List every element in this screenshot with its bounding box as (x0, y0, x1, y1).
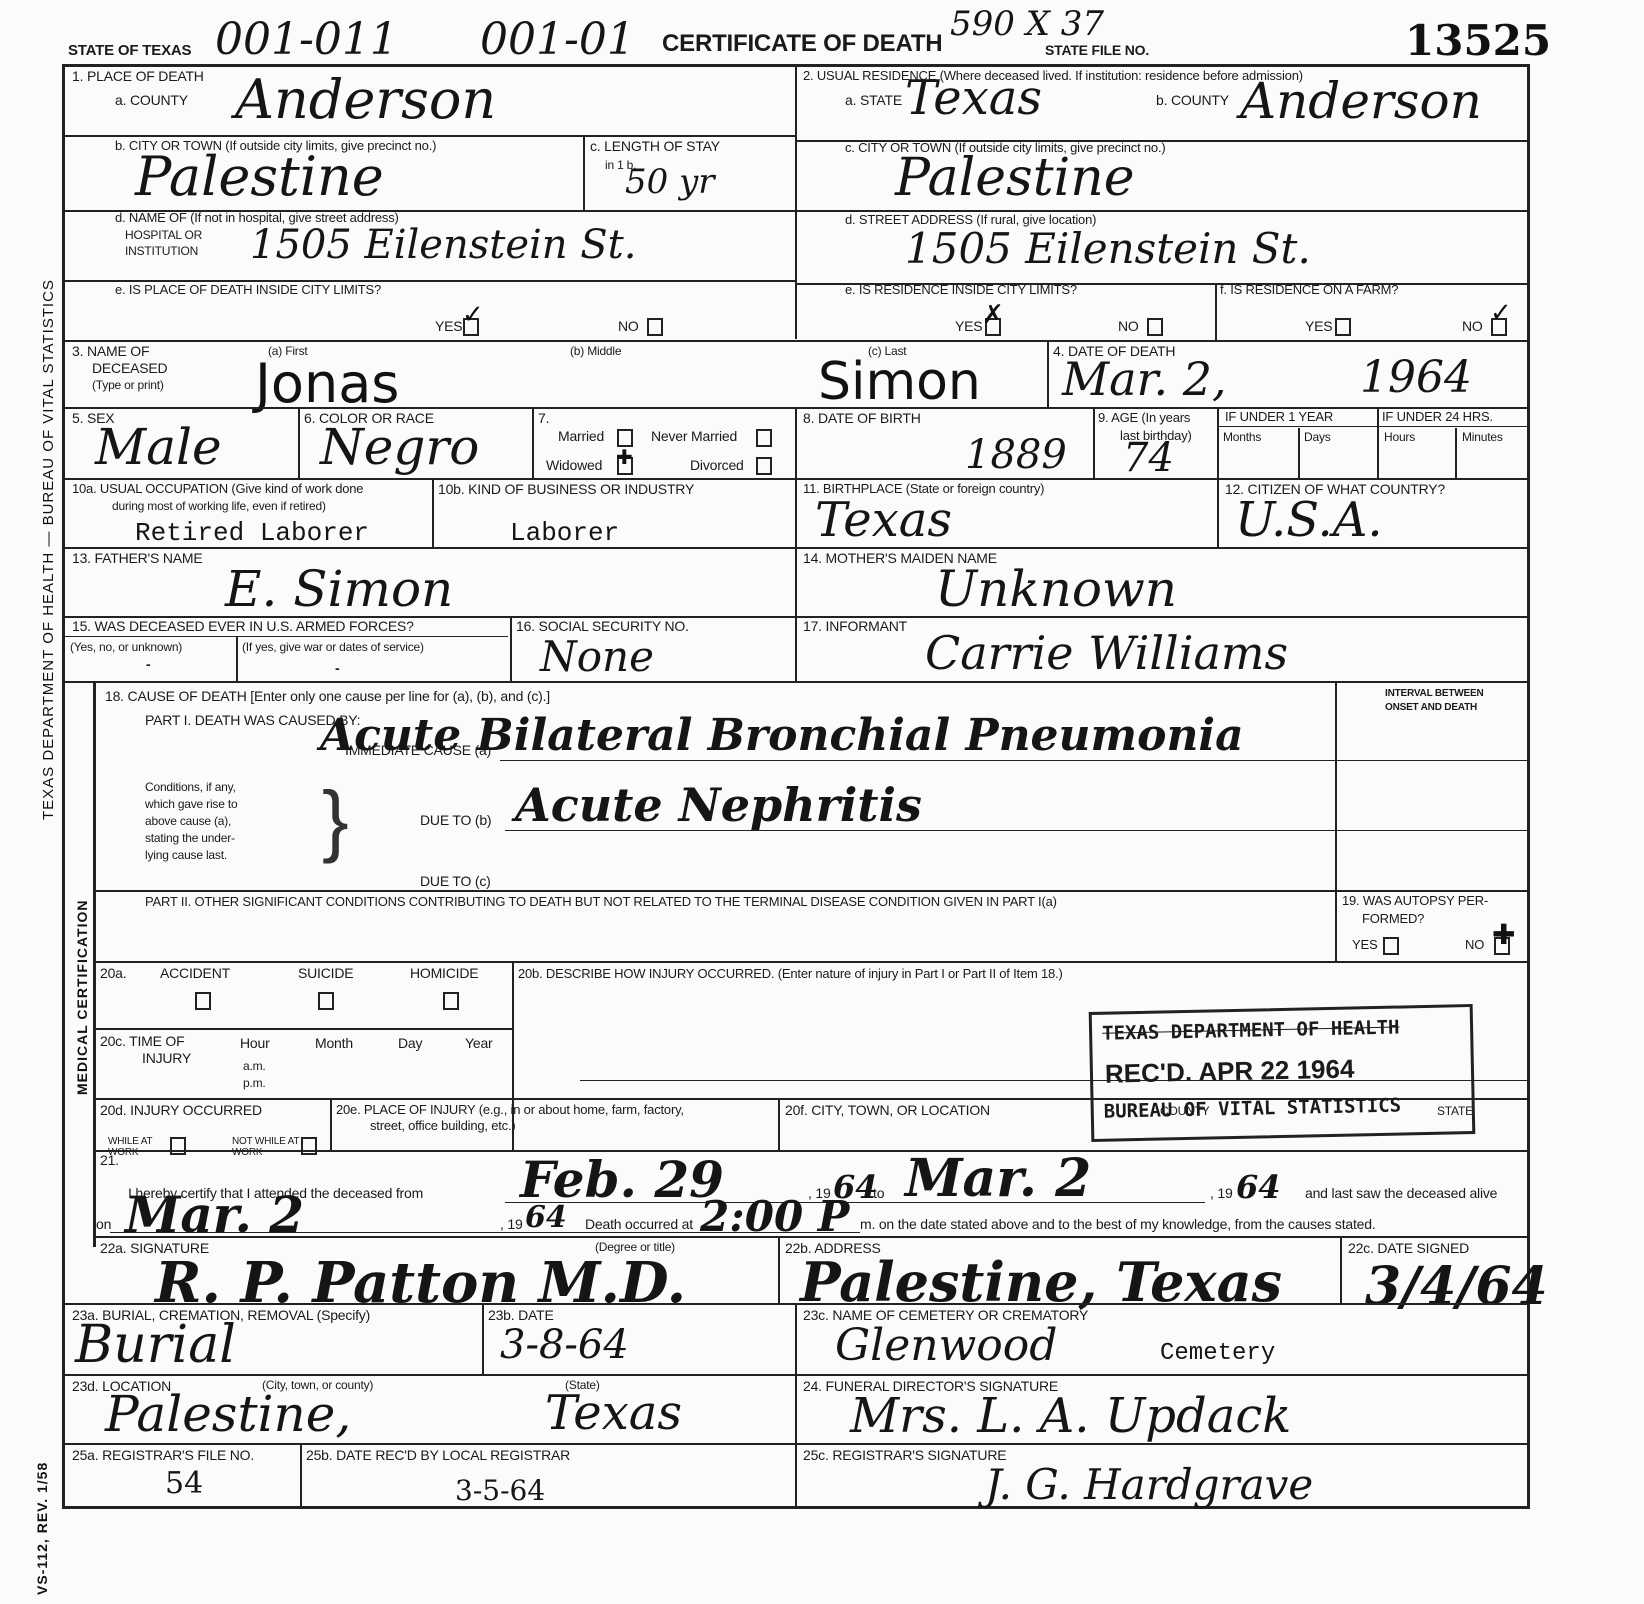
field-label: 15. WAS DECEASED EVER IN U.S. ARMED FORC… (72, 618, 414, 634)
father-name-value: E. Simon (225, 560, 453, 618)
field-label: 20a. (100, 965, 126, 981)
homicide-checkbox[interactable] (443, 992, 459, 1010)
never-married-label: Never Married (651, 428, 737, 444)
divider (795, 65, 797, 339)
divider (1335, 891, 1337, 961)
cemetery-suffix: Cemetery (1160, 1340, 1275, 1367)
divider (778, 1237, 780, 1303)
industry-value: Laborer (510, 518, 619, 548)
year-prefix: , 19 (1210, 1185, 1233, 1201)
no-label: NO (618, 318, 639, 334)
year-prefix: , 19 (500, 1216, 523, 1232)
field-label: 18. CAUSE OF DEATH [Enter only one cause… (105, 688, 550, 704)
field-label: FORMED? (1362, 911, 1424, 926)
first-name-value: Jonas (255, 352, 399, 415)
rule (110, 1232, 860, 1233)
form-number: VS-112, REV. 1/58 (34, 1462, 50, 1595)
not-while-at-work-checkbox[interactable] (301, 1137, 317, 1155)
field-label: Hours (1384, 430, 1415, 444)
rule (95, 961, 1528, 963)
section-label: 1. PLACE OF DEATH (72, 68, 204, 84)
cemetery-name-value: Glenwood (835, 1320, 1057, 1371)
divider (795, 1304, 797, 1374)
on-label: on (96, 1216, 111, 1232)
armed-forces-value: - (146, 656, 150, 672)
field-label: 20f. CITY, TOWN, OR LOCATION (785, 1102, 990, 1118)
divider (1047, 341, 1049, 407)
rule (62, 135, 797, 137)
residence-county-value: Anderson (1240, 72, 1482, 130)
burial-date-value: 3-8-64 (500, 1322, 629, 1368)
field-label: Days (1304, 430, 1331, 444)
field-label: 20d. INJURY OCCURRED (100, 1102, 262, 1118)
no-label: NO (1465, 937, 1484, 952)
homicide-label: HOMICIDE (410, 965, 478, 981)
divider (795, 1444, 797, 1507)
to-label: to (873, 1185, 884, 1201)
field-label: DUE TO (b) (420, 812, 491, 828)
residence-state-value: Texas (905, 70, 1042, 126)
divider (432, 479, 434, 547)
divider (795, 548, 797, 616)
registrar-file-number: 54 (165, 1466, 203, 1501)
note-line: stating the under- (145, 831, 235, 845)
field-label: HOSPITAL OR (125, 228, 202, 242)
divorced-label: Divorced (690, 457, 744, 473)
not-while-at-work-label: NOT WHILE AT WORK (232, 1136, 302, 1158)
widowed-label: Widowed (546, 457, 602, 473)
death-inside-limits-no-checkbox[interactable] (647, 318, 663, 336)
note-line: lying cause last. (145, 848, 227, 862)
divider (236, 637, 238, 682)
field-label: 10a. USUAL OCCUPATION (Give kind of work… (72, 481, 363, 496)
field-label: (b) Middle (570, 344, 621, 358)
death-city-value: Palestine (135, 145, 384, 208)
field-label: b. COUNTY (1156, 92, 1229, 108)
residence-street-value: 1505 Eilenstein St. (905, 224, 1311, 273)
divider (795, 617, 797, 682)
field-label: 9. AGE (In years (1098, 410, 1190, 425)
immediate-cause-value: Acute Bilateral Bronchial Pneumonia (320, 710, 1244, 761)
field-label: (Yes, no, or unknown) (70, 640, 182, 654)
field-label: (If yes, give war or dates of service) (242, 640, 424, 654)
field-label: e. IS RESIDENCE INSIDE CITY LIMITS? (845, 282, 1077, 297)
field-label: DUE TO (c) (420, 873, 491, 889)
divider (532, 408, 534, 478)
checkmark-icon: ✓ (1490, 298, 1512, 328)
divider (795, 1375, 797, 1443)
divider (778, 1099, 780, 1151)
yes-label: YES (435, 318, 462, 334)
hospital-value: 1505 Eilenstein St. (250, 222, 636, 268)
death-time-value: 2:00 P (700, 1192, 849, 1241)
divider (298, 408, 300, 478)
divider (482, 1304, 484, 1374)
field-label: Months (1223, 430, 1261, 444)
x-mark-icon: ✗ (982, 300, 1004, 330)
field-label: PART II. OTHER SIGNIFICANT CONDITIONS CO… (145, 894, 1057, 909)
field-label: 19. WAS AUTOPSY PER- (1342, 893, 1488, 908)
divider (795, 479, 797, 547)
divider (1455, 428, 1457, 478)
handwritten-code-2: 001-01 (480, 14, 635, 65)
citizenship-value: U.S.A. (1235, 492, 1383, 548)
last-seen-year: 64 (525, 1200, 567, 1235)
checkmark-icon: ✚ (616, 445, 633, 469)
rule (62, 340, 1530, 342)
stamp-received-date: REC'D. APR 22 1964 (1105, 1053, 1355, 1089)
divider (1377, 408, 1379, 478)
note-line: above cause (a), (145, 814, 231, 828)
field-label: a. COUNTY (115, 92, 188, 108)
farm-yes-checkbox[interactable] (1335, 318, 1351, 336)
medical-frame-left (93, 682, 96, 1247)
field-label: street, office building, etc.) (370, 1118, 516, 1133)
field-label: INJURY (142, 1050, 191, 1066)
year-of-death-value: 1964 (1360, 352, 1472, 403)
age-value: 74 (1123, 435, 1174, 481)
residence-inside-limits-no-checkbox[interactable] (1147, 318, 1163, 336)
rule (505, 830, 1335, 831)
field-label: DECEASED (92, 360, 167, 376)
stamp-line-1: TEXAS DEPARTMENT OF HEALTH (1102, 1017, 1400, 1045)
mother-maiden-name-value: Unknown (935, 560, 1177, 618)
no-label: NO (1462, 318, 1483, 334)
divider (795, 408, 797, 478)
state-file-label: STATE FILE NO. (1045, 42, 1149, 58)
field-label: 10b. KIND OF BUSINESS OR INDUSTRY (438, 481, 694, 497)
rule (505, 1202, 1205, 1203)
field-label: 13. FATHER'S NAME (72, 550, 203, 566)
field-label: a. STATE (845, 92, 902, 108)
rule (1336, 830, 1528, 831)
field-label: 3. NAME OF (72, 343, 149, 359)
yes-label: YES (1305, 318, 1332, 334)
field-label: f. IS RESIDENCE ON A FARM? (1220, 282, 1398, 297)
divider (510, 617, 512, 682)
yes-label: YES (1352, 937, 1377, 952)
state-file-number: 13525 (1405, 16, 1551, 65)
accident-checkbox[interactable] (195, 992, 211, 1010)
burial-state-value: Texas (545, 1385, 682, 1441)
funeral-director-signature: Mrs. L. A. Updack (850, 1388, 1291, 1444)
certify-text: and last saw the deceased alive (1305, 1185, 1497, 1201)
accident-label: ACCIDENT (160, 965, 230, 981)
burial-city-value: Palestine, (105, 1385, 351, 1443)
length-of-stay-value: 50 yr (625, 162, 715, 202)
rule (63, 636, 508, 637)
armed-service-value: - (335, 660, 339, 676)
field-label: Minutes (1462, 430, 1503, 444)
field-label: 25c. REGISTRAR'S SIGNATURE (803, 1447, 1006, 1463)
last-name-value: Simon (818, 352, 981, 412)
checkmark-icon: ✚ (1492, 918, 1515, 951)
informant-value: Carrie Williams (925, 626, 1288, 680)
death-county-value: Anderson (235, 68, 496, 131)
field-label: 20c. TIME OF (100, 1033, 184, 1049)
race-value: Negro (320, 418, 479, 476)
divider (1335, 682, 1337, 890)
department-side-label: TEXAS DEPARTMENT OF HEALTH — BUREAU OF V… (40, 279, 57, 820)
birthplace-value: Texas (815, 492, 952, 548)
day-label: Day (398, 1035, 422, 1051)
field-label: 23b. DATE (488, 1307, 554, 1323)
divider (1093, 408, 1095, 478)
note-line: Conditions, if any, (145, 780, 236, 794)
bracket-icon: } (322, 780, 349, 860)
divider (1217, 479, 1219, 547)
rule (500, 760, 1335, 761)
rule (95, 1150, 1528, 1152)
divider (1215, 284, 1217, 340)
rule (1336, 760, 1528, 761)
field-label: e. IS PLACE OF DEATH INSIDE CITY LIMITS? (115, 282, 381, 297)
social-security-value: None (540, 632, 654, 681)
field-label: c. LENGTH OF STAY (590, 138, 720, 154)
attended-to-date: Mar. 2 (905, 1148, 1091, 1209)
registrar-signature: J. G. Hardgrave (985, 1460, 1313, 1509)
field-label: 20e. PLACE OF INJURY (e.g., in or about … (336, 1102, 684, 1117)
death-occurred-label: Death occurred at (585, 1216, 693, 1232)
stamp-line-3: BUREAU OF VITAL STATISTICS (1104, 1095, 1402, 1123)
field-label: INSTITUTION (125, 244, 198, 258)
rule (62, 681, 1530, 683)
field-label: 7. (538, 410, 549, 426)
divider (1298, 428, 1300, 478)
residence-city-value: Palestine (895, 148, 1135, 208)
due-to-b-value: Acute Nephritis (515, 778, 922, 832)
no-label: NO (1118, 318, 1139, 334)
checkmark-icon: ✓ (462, 300, 484, 330)
received-stamp: TEXAS DEPARTMENT OF HEALTH REC'D. APR 22… (1089, 1004, 1476, 1142)
note-line: which gave rise to (145, 797, 237, 811)
field-label: IF UNDER 1 YEAR (1225, 409, 1333, 424)
field-label: INTERVAL BETWEEN (1385, 688, 1483, 699)
attended-to-year: 64 (1236, 1168, 1281, 1206)
divider (300, 1444, 302, 1507)
field-label: 21. (100, 1152, 119, 1168)
rule (95, 1028, 513, 1030)
married-label: Married (558, 428, 604, 444)
certificate-title: CERTIFICATE OF DEATH (662, 30, 942, 58)
state-label: STATE OF TEXAS (68, 42, 191, 59)
divider (1217, 408, 1219, 478)
field-label: during most of working life, even if ret… (112, 499, 326, 513)
month-label: Month (315, 1035, 353, 1051)
pm-label: p.m. (243, 1076, 266, 1090)
field-label: 17. INFORMANT (803, 618, 907, 634)
field-label: IF UNDER 24 HRS. (1382, 409, 1493, 424)
yes-label: YES (955, 318, 982, 334)
field-label: 22c. DATE SIGNED (1348, 1240, 1469, 1256)
field-label: (Type or print) (92, 378, 164, 392)
divider (1340, 1237, 1342, 1303)
medical-certification-label: MEDICAL CERTIFICATION (74, 900, 90, 1095)
field-label: 25a. REGISTRAR'S FILE NO. (72, 1447, 254, 1463)
date-signed-value: 3/4/64 (1365, 1256, 1548, 1317)
hour-label: Hour (240, 1035, 270, 1051)
field-label: 25b. DATE REC'D BY LOCAL REGISTRAR (306, 1447, 570, 1463)
date-of-death-value: Mar. 2, (1062, 352, 1227, 406)
divider (583, 136, 585, 210)
disposition-value: Burial (75, 1315, 236, 1375)
year-label: Year (465, 1035, 493, 1051)
never-married-checkbox[interactable] (756, 429, 772, 447)
date-received-value: 3-5-64 (455, 1474, 545, 1507)
sex-value: Male (95, 418, 222, 476)
divider (330, 1099, 332, 1151)
section-label: 2. USUAL RESIDENCE (Where deceased lived… (803, 68, 1303, 83)
rule (95, 890, 1528, 892)
field-label: ONSET AND DEATH (1385, 702, 1477, 713)
suicide-label: SUICIDE (298, 965, 353, 981)
field-label: 20b. DESCRIBE HOW INJURY OCCURRED. (Ente… (518, 966, 1063, 981)
rule (1218, 426, 1528, 427)
suicide-checkbox[interactable] (318, 992, 334, 1010)
am-label: a.m. (243, 1059, 266, 1073)
autopsy-yes-checkbox[interactable] (1383, 937, 1399, 955)
rule (95, 1236, 1528, 1238)
divorced-checkbox[interactable] (756, 457, 772, 475)
handwritten-code-1: 001-011 (215, 14, 398, 65)
while-at-work-checkbox[interactable] (170, 1137, 186, 1155)
handwritten-file-code: 590 X 37 (950, 4, 1104, 44)
occupation-value: Retired Laborer (135, 518, 369, 548)
field-label: 8. DATE OF BIRTH (803, 410, 921, 426)
certify-text: m. on the date stated above and to the b… (860, 1216, 1376, 1232)
date-of-birth-value: 1889 (965, 432, 1067, 478)
